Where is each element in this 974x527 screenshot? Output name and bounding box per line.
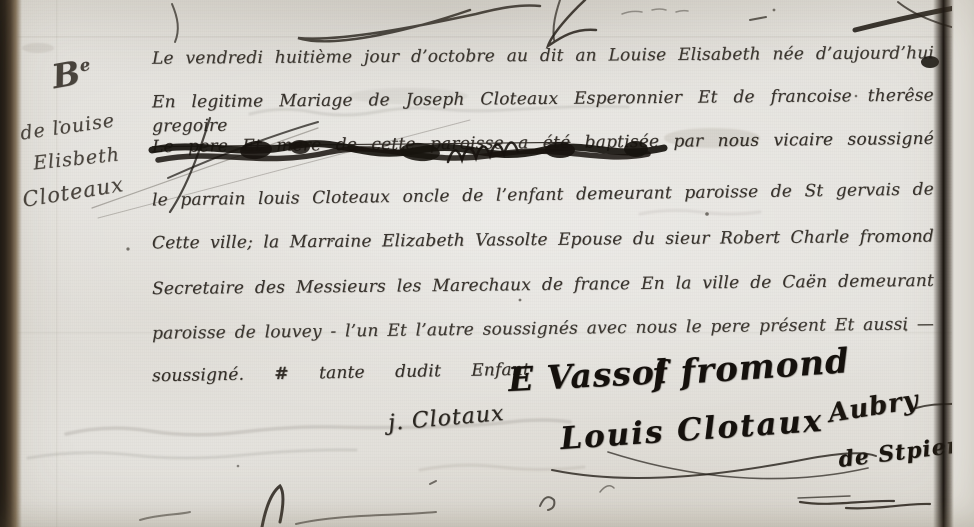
ink-flourishes-layer (0, 0, 974, 527)
next-entry-fragment-strokes (140, 481, 614, 527)
manuscript-scan-page: Be de louise Elisbeth Cloteaux Le vendre… (0, 0, 974, 527)
ink-specks (59, 9, 962, 468)
book-binding-edge (0, 0, 22, 527)
strikeout-scribble (152, 118, 664, 212)
top-flourishes (172, 0, 972, 46)
signature-flourishes (552, 402, 966, 508)
page-gutter-fold (933, 0, 954, 527)
adjacent-page-sliver (952, 0, 974, 527)
